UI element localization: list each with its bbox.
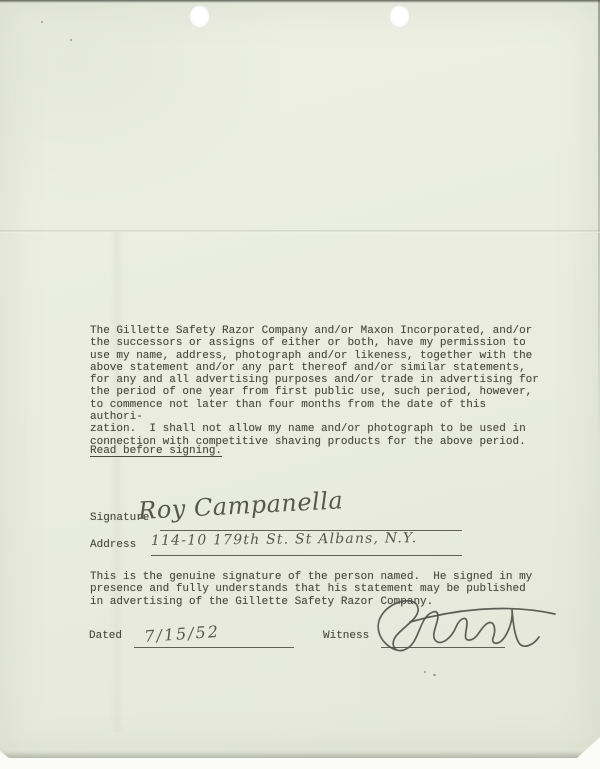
dated-handwriting: 7/15/52 (144, 622, 221, 646)
witness-signature-scrawl (366, 590, 558, 660)
address-handwriting: 114-10 179th St. St Albans, N.Y. (151, 530, 418, 549)
paper-bottom-edge (0, 751, 600, 758)
dated-label: Dated (89, 630, 122, 642)
paper-speck (433, 674, 436, 676)
read-before-signing-note: Read before signing. (90, 445, 222, 457)
paper-streak (110, 232, 124, 732)
fold-crease (0, 230, 600, 233)
address-label: Address (90, 539, 136, 551)
address-line (151, 555, 462, 556)
paper-speck (70, 39, 72, 41)
paper-top-edge (0, 0, 600, 3)
punch-hole-icon (389, 5, 410, 28)
document-paper: The Gillette Safety Razor Company and/or… (0, 0, 600, 758)
witness-label: Witness (323, 630, 369, 642)
dated-line (134, 647, 294, 648)
paper-speck (41, 21, 43, 23)
authorization-paragraph: The Gillette Safety Razor Company and/or… (90, 325, 544, 448)
signature-handwriting: Roy Campanella (138, 486, 344, 525)
punch-hole-icon (189, 5, 210, 28)
paper-speck (424, 671, 426, 673)
scan-background: The Gillette Safety Razor Company and/or… (0, 0, 600, 769)
